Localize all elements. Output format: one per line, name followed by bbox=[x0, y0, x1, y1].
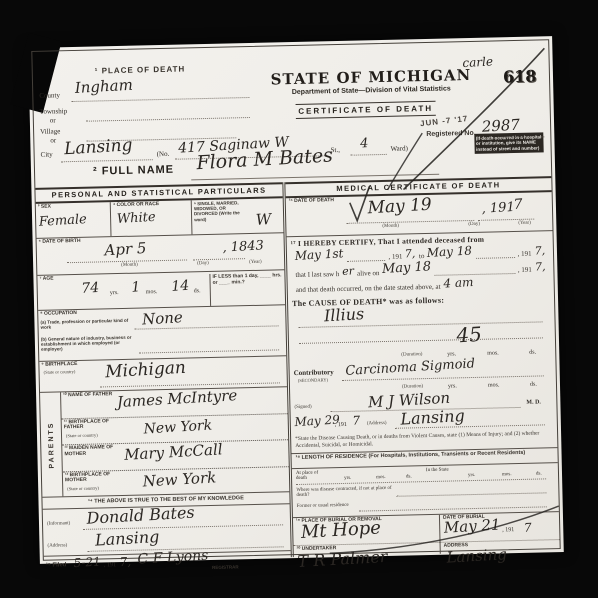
death-month-caption: (Month) bbox=[382, 224, 399, 229]
township-label: Township bbox=[40, 107, 68, 116]
age-years-value: 74 bbox=[81, 280, 100, 297]
received-stamp: JUN -7 '17 bbox=[420, 114, 469, 128]
cause-ds-caption: ds. bbox=[529, 350, 536, 356]
filed-year-prefix: , 191 bbox=[104, 562, 116, 568]
burial-place-value: Mt Hope bbox=[300, 517, 381, 543]
certificate-header: ¹ PLACE OF DEATH County Ingham Township … bbox=[32, 40, 551, 188]
burial-date-value: May 21 bbox=[443, 515, 501, 536]
death-date-year: , 191 bbox=[481, 200, 515, 217]
at-place-ds: ds. bbox=[406, 474, 412, 479]
medical-column: MEDICAL CERTIFICATE OF DEATH ¹⁶ DATE OF … bbox=[285, 176, 559, 557]
full-name-label: ² FULL NAME bbox=[93, 164, 174, 178]
death-time-value: 4 am bbox=[443, 275, 474, 291]
county-label: County bbox=[39, 91, 60, 99]
personal-column: PERSONAL AND STATISTICAL PARTICULARS ³ S… bbox=[35, 182, 293, 563]
dob-day-caption: (Day) bbox=[197, 261, 209, 266]
cause-mos-caption: mos. bbox=[487, 350, 499, 356]
attended-from-value: May 1st bbox=[294, 246, 343, 263]
informant-label: (Informant) bbox=[47, 521, 70, 527]
contributory-duration-caption: (Duration) bbox=[402, 384, 423, 389]
father-name-label: ¹⁰ NAME OF FATHER bbox=[61, 391, 115, 400]
md-label: M. D. bbox=[526, 399, 541, 405]
mother-name-value: Mary McCall bbox=[124, 440, 223, 464]
ward-label: Ward) bbox=[391, 144, 409, 152]
informant-address-label: (Address) bbox=[47, 543, 67, 548]
signed-label: (Signed) bbox=[294, 405, 311, 410]
burial-date-cell: DATE OF BURIAL May 21 , 191 7 bbox=[440, 512, 560, 543]
contracted-line bbox=[396, 492, 546, 496]
burial-block: ¹⁹ PLACE OF BURIAL OR REMOVAL Mt Hope ²⁰… bbox=[293, 512, 560, 557]
certify-block: ¹⁷ I HEREBY CERTIFY, That I attended dec… bbox=[287, 231, 554, 299]
undertaker-cell: ²⁰ UNDERTAKER T R Palmer bbox=[294, 543, 440, 557]
sign-date-value: May 29 bbox=[294, 412, 340, 429]
certify-line3a: that I last saw h bbox=[295, 270, 339, 279]
cause-of-death-block: The CAUSE OF DEATH* was as follows: Illi… bbox=[288, 293, 555, 367]
in-state-mos: mos. bbox=[502, 472, 512, 477]
occupation-value: None bbox=[142, 308, 184, 328]
burial-year-prefix: , 191 bbox=[502, 527, 514, 533]
last-saw-value: May 18 bbox=[382, 259, 432, 277]
occupation-b-label: (b) General nature of industry, business… bbox=[41, 335, 137, 353]
burial-year-digit: 7 bbox=[524, 520, 532, 534]
mother-birthplace-value: New York bbox=[142, 468, 216, 490]
dob-month-caption: (Month) bbox=[121, 263, 138, 268]
sex-value: Female bbox=[38, 212, 87, 230]
birthplace-value: Michigan bbox=[105, 358, 187, 383]
death-certificate: ¹ PLACE OF DEATH County Ingham Township … bbox=[28, 36, 564, 564]
occupation-row: ⁸ OCCUPATION (a) Trade, profession or pa… bbox=[38, 305, 286, 362]
death-year-caption: (Year) bbox=[518, 221, 531, 226]
place-of-death-title: ¹ PLACE OF DEATH bbox=[95, 64, 186, 75]
death-day-caption: (Day) bbox=[468, 222, 480, 227]
certificate-form: ¹ PLACE OF DEATH County Ingham Township … bbox=[31, 39, 560, 561]
her-value: er bbox=[342, 264, 355, 278]
cause-duration-caption: (Duration) bbox=[401, 352, 422, 357]
dob-year-value: , 1843 bbox=[222, 238, 264, 255]
age-row: ⁷ AGE 74 yrs. 1 mos. 14 ds. IF LESS than… bbox=[37, 270, 285, 311]
township-line bbox=[86, 117, 250, 122]
undertaker-value: T R Palmer bbox=[297, 547, 388, 571]
date-of-birth-row: ⁶ DATE OF BIRTH Apr 5 , 1843 (Month) (Da… bbox=[37, 233, 285, 276]
former-residence-label: Former or usual residence bbox=[297, 503, 357, 509]
scan-background: ¹ PLACE OF DEATH County Ingham Township … bbox=[0, 0, 598, 598]
death-date-line1 bbox=[346, 220, 474, 224]
sign-address-label: (Address) bbox=[367, 421, 387, 426]
contracted-label: Where was disease contracted, if not at … bbox=[296, 486, 392, 498]
scribble-note: carle bbox=[462, 54, 493, 70]
marital-value: W bbox=[255, 210, 271, 229]
cause-line2 bbox=[299, 337, 543, 344]
at-place-label: At place of death bbox=[296, 470, 326, 481]
sheet-number: 618 bbox=[503, 66, 537, 86]
contributory-ds-caption: ds. bbox=[530, 382, 537, 388]
sign-date-year-digit: 7 bbox=[352, 413, 360, 427]
undertaker-address-cell: ADDRESS Lansing bbox=[441, 540, 560, 554]
parents-rows: ¹⁰ NAME OF FATHER James McIntyre ¹¹ BIRT… bbox=[61, 387, 289, 496]
father-name-value: James McIntyre bbox=[116, 386, 237, 411]
dob-line2 bbox=[193, 258, 245, 260]
township-or-label: or bbox=[50, 116, 56, 124]
certify-year1-prefix: , 191 bbox=[388, 253, 402, 261]
contributory-sub-label: (SECONDARY) bbox=[298, 377, 328, 383]
certificate-title: CERTIFICATE OF DEATH bbox=[296, 101, 436, 119]
certify-line2-fill1 bbox=[347, 250, 386, 262]
age-days-value: 14 bbox=[171, 278, 190, 295]
burial-right: DATE OF BURIAL May 21 , 191 7 ADDRESS La… bbox=[440, 512, 560, 554]
mother-birthplace-row: ¹³ BIRTHPLACE OF MOTHER (State or countr… bbox=[63, 467, 289, 497]
father-birthplace-value: New York bbox=[143, 417, 212, 437]
parents-strip: PARENTS bbox=[40, 392, 63, 496]
certify-line4-text: and that death occurred, on the date sta… bbox=[296, 283, 441, 294]
mother-birthplace-sub: (State or country) bbox=[67, 485, 99, 491]
certify-year2-digit: 7, bbox=[534, 244, 545, 258]
birthplace-sub-label: (State or country) bbox=[44, 369, 76, 375]
occupation-a-label: (a) Trade, profession or particular kind… bbox=[40, 318, 132, 330]
sex-label: ³ SEX bbox=[36, 202, 110, 211]
age-yrs-caption: yrs. bbox=[110, 290, 119, 296]
at-place-yrs: yrs. bbox=[344, 476, 351, 481]
age-less-note: IF LESS than 1 day, ____ hrs. or ____ mi… bbox=[209, 272, 285, 306]
father-birthplace-label: ¹¹ BIRTHPLACE OF FATHER bbox=[62, 417, 122, 432]
marital-label: ⁵ SINGLE, MARRIED, WIDOWED, OR DIVORCED … bbox=[192, 199, 252, 223]
city-value: Lansing bbox=[64, 135, 133, 159]
in-state-label: In the State bbox=[426, 468, 450, 474]
dob-year-caption: (Year) bbox=[249, 260, 262, 265]
filed-year-digit: 7, bbox=[119, 554, 131, 569]
registrar-signature: C F Lyons bbox=[137, 548, 209, 568]
death-date-value: May 19 bbox=[367, 195, 432, 219]
race-label: ⁴ COLOR OR RACE bbox=[111, 200, 191, 210]
county-line bbox=[71, 97, 249, 102]
birthplace-line bbox=[100, 382, 280, 387]
race-cell: ⁴ COLOR OR RACE White bbox=[111, 200, 193, 236]
dob-value: Apr 5 bbox=[104, 239, 147, 259]
burial-place-cell: ¹⁹ PLACE OF BURIAL OR REMOVAL Mt Hope bbox=[293, 515, 440, 546]
village-or-label: or bbox=[50, 136, 56, 144]
sex-cell: ³ SEX Female bbox=[36, 202, 112, 238]
certify-line3-fill bbox=[434, 263, 515, 276]
in-state-yrs: yrs. bbox=[468, 473, 475, 478]
informant-address-value: Lansing bbox=[95, 527, 160, 550]
city-line bbox=[61, 159, 153, 162]
certify-year3-digit: 7, bbox=[534, 260, 545, 274]
cause-value: Illius bbox=[323, 304, 364, 325]
registered-no-label: Registered No. bbox=[426, 130, 476, 139]
mother-birthplace-label: ¹³ BIRTHPLACE OF MOTHER bbox=[63, 470, 123, 485]
certify-line2-fill2 bbox=[476, 247, 515, 259]
certify-year3-prefix: , 191 bbox=[518, 266, 532, 274]
contributory-mos-caption: mos. bbox=[488, 382, 500, 388]
mother-name-label: ¹² MAIDEN NAME OF MOTHER bbox=[62, 444, 118, 459]
form-columns: PERSONAL AND STATISTICAL PARTICULARS ³ S… bbox=[35, 176, 559, 563]
parents-block: PARENTS ¹⁰ NAME OF FATHER James McIntyre… bbox=[40, 387, 289, 498]
parents-label: PARENTS bbox=[47, 421, 55, 468]
father-birthplace-sub: (State or country) bbox=[66, 432, 98, 438]
marital-cell: ⁵ SINGLE, MARRIED, WIDOWED, OR DIVORCED … bbox=[192, 198, 284, 234]
street-no-label: (No. bbox=[157, 150, 170, 158]
sex-race-marital-row: ³ SEX Female ⁴ COLOR OR RACE White ⁵ SIN… bbox=[36, 198, 284, 239]
attended-to-value: May 18 bbox=[427, 243, 473, 260]
age-mos-caption: mos. bbox=[146, 289, 158, 295]
sign-date-year-prefix: , 191 bbox=[335, 422, 347, 428]
age-months-value: 1 bbox=[131, 279, 141, 295]
registrar-label: REGISTRAR bbox=[212, 564, 239, 570]
former-residence-line bbox=[359, 506, 547, 511]
contributory-label: Contributory bbox=[294, 368, 334, 377]
cause-code-value: 45 bbox=[456, 322, 483, 347]
county-value: Ingham bbox=[74, 76, 133, 97]
filed-label: ¹⁵ Filed bbox=[46, 562, 67, 568]
date-of-death-row: ¹⁶ DATE OF DEATH May 19 , 191 7 (Month) … bbox=[286, 192, 553, 237]
at-place-mos: mos. bbox=[376, 475, 386, 480]
full-name-line bbox=[191, 174, 439, 181]
certify-line3b: alive on bbox=[357, 269, 380, 278]
registered-no-value: 2987 bbox=[481, 116, 520, 136]
certify-year1-digit: 7, bbox=[405, 247, 416, 261]
occupation-line2 bbox=[139, 349, 279, 353]
age-ds-caption: ds. bbox=[194, 288, 201, 294]
death-date-year-digit: 7 bbox=[513, 197, 523, 213]
burial-left: ¹⁹ PLACE OF BURIAL OR REMOVAL Mt Hope ²⁰… bbox=[293, 515, 441, 557]
certify-year2-prefix: , 191 bbox=[517, 250, 531, 258]
ward-line bbox=[351, 154, 387, 156]
filed-date-value: 5-21 bbox=[73, 555, 101, 571]
sign-address-value: Lansing bbox=[400, 406, 465, 429]
race-value: White bbox=[116, 210, 156, 227]
undertaker-address-value: Lansing bbox=[446, 545, 507, 566]
village-label: Village bbox=[40, 127, 60, 135]
ward-value: 4 bbox=[360, 136, 369, 151]
city-label: City bbox=[41, 150, 53, 158]
in-state-ds: ds. bbox=[536, 471, 542, 476]
